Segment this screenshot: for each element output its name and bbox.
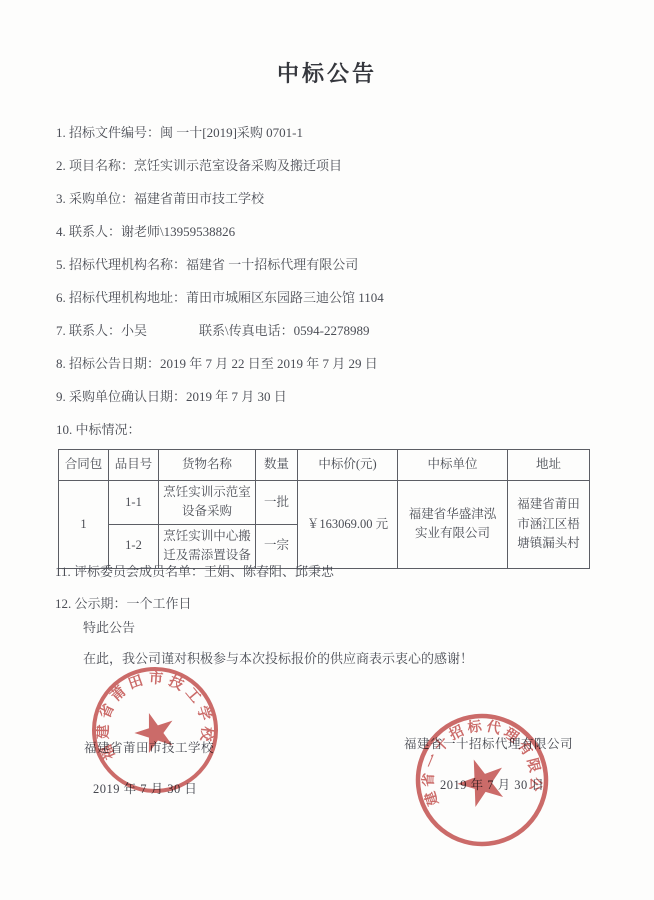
hereby-announce-line: 特此公告 [83, 621, 135, 634]
item-9: 9. 采购单位确认日期：2019 年 7 月 30 日 [56, 390, 618, 403]
cell-item-no: 1-2 [109, 524, 159, 568]
cell-goods: 烹饪实训示范室设备采购 [159, 481, 256, 525]
cell-quantity: 一批 [256, 481, 298, 525]
item-8: 8. 招标公告日期：2019 年 7 月 22 日至 2019 年 7 月 29… [56, 357, 618, 370]
header-quantity: 数量 [256, 450, 298, 481]
item-7: 7. 联系人：小吴 联系\传真电话：0594-2278989 [56, 324, 618, 337]
header-contract-package: 合同包 [59, 450, 109, 481]
item-6: 6. 招标代理机构地址：莆田市城厢区东园路三迪公馆 1104 [56, 291, 618, 304]
item-1: 1. 招标文件编号：闽 一十[2019]采购 0701-1 [56, 126, 618, 139]
announcement-page: 中标公告 1. 招标文件编号：闽 一十[2019]采购 0701-1 2. 项目… [0, 0, 654, 900]
cell-award-winner: 福建省华盛津泓实业有限公司 [398, 481, 508, 569]
header-award-winner: 中标单位 [398, 450, 508, 481]
purchaser-signature-name: 福建省莆田市技工学校 [84, 738, 214, 756]
cell-item-no: 1-1 [109, 481, 159, 525]
publicity-period-line: 12. 公示期：一个工作日 [55, 597, 192, 610]
item-10: 10. 中标情况： [56, 423, 618, 436]
evaluation-committee-line: 11. 评标委员会成员名单：王娟、陈春阳、邱秉忠 [55, 565, 334, 578]
agency-signature-date: 2019 年 7 月 30 日 [440, 775, 544, 793]
item-4: 4. 联系人：谢老师\13959538826 [56, 225, 618, 238]
announcement-item-list: 1. 招标文件编号：闽 一十[2019]采购 0701-1 2. 项目名称：烹饪… [56, 126, 618, 436]
page-title: 中标公告 [0, 57, 654, 88]
thanks-line: 在此，我公司谨对积极参与本次投标报价的供应商表示衷心的感谢！ [83, 652, 473, 665]
award-table: 合同包 品目号 货物名称 数量 中标价(元) 中标单位 地址 1 1-1 烹饪实… [58, 449, 590, 569]
item-3: 3. 采购单位：福建省莆田市技工学校 [56, 192, 618, 205]
table-header-row: 合同包 品目号 货物名称 数量 中标价(元) 中标单位 地址 [59, 450, 590, 481]
table-row: 1 1-1 烹饪实训示范室设备采购 一批 ￥163069.00 元 福建省华盛津… [59, 481, 590, 525]
header-award-price: 中标价(元) [298, 450, 398, 481]
header-address: 地址 [508, 450, 590, 481]
cell-contract-package: 1 [59, 481, 109, 569]
cell-award-price: ￥163069.00 元 [298, 481, 398, 569]
cell-goods: 烹饪实训中心搬迁及需添置设备 [159, 524, 256, 568]
purchaser-signature-date: 2019 年 7 月 30 日 [93, 779, 197, 797]
item-5: 5. 招标代理机构名称：福建省 一十招标代理有限公司 [56, 258, 618, 271]
item-2: 2. 项目名称：烹饪实训示范室设备采购及搬迁项目 [56, 159, 618, 172]
header-goods-name: 货物名称 [159, 450, 256, 481]
agency-signature-name: 福建省一十招标代理有限公司 [404, 734, 573, 752]
header-item-no: 品目号 [109, 450, 159, 481]
cell-address: 福建省莆田市涵江区梧塘镇漏头村 [508, 481, 590, 569]
cell-quantity: 一宗 [256, 524, 298, 568]
